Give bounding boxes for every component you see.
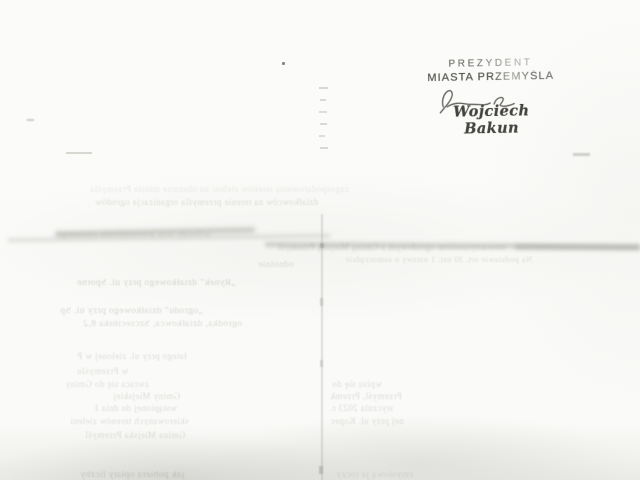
bleedthrough-text-line: stycznia 2023 r.: [330, 404, 430, 413]
bleedthrough-text-line: łatego przy ul. zielonej w P: [77, 352, 287, 361]
bleedthrough-text-line: zmysłową ja toczy: [336, 471, 461, 480]
bleedthrough-text-line: Gminy Miejskiej: [113, 392, 241, 401]
bleedthrough-text-line: działkowców na terenie przemyśla organiz…: [95, 198, 460, 207]
bleedthrough-text-line: uchwały oraz porozumienia zawartego: [57, 230, 255, 239]
bleedthrough-text-line: wstąpionej do dnia 1: [94, 404, 254, 413]
bleedthrough-text-line: nej przy ul. Kopec: [330, 417, 442, 426]
bleedthrough-text-line: stowarzyszeniem ogrodowym a Gminą Miejsk…: [278, 243, 628, 252]
bleedthrough-text-line: skierowanych terenów zieleni: [70, 417, 260, 426]
bleedthrough-text-line: ogródka, działkowca, Szczecińska 8,2: [83, 320, 298, 330]
bleedthrough-text-line: zagospodarowania terenów zieleni na obsz…: [90, 185, 470, 194]
bleedthrough-text-line: „ogrodu” działkowego przy ul. Sp: [60, 307, 315, 317]
bleedthrough-text-line: odnośnie: [258, 260, 310, 269]
bleedthrough-text-line: jak pobiera opłaty liczby: [80, 471, 330, 480]
stamp-signatory-name: Wojciech Bakun: [424, 102, 559, 138]
bleedthrough-text-line: w Przemyślu: [77, 367, 142, 376]
stamp-title-line2: MIASTA PRZEMYŚLA: [424, 70, 558, 84]
scanned-document-page: zagospodarowania terenów zieleni na obsz…: [0, 0, 640, 480]
bleedthrough-text-line: Gmina Miejska Przemyśl: [85, 431, 330, 440]
stamp-title-line1: PREZYDENT: [423, 57, 557, 70]
bleedthrough-text-line: Przemyśl, Przemk: [330, 392, 440, 401]
bleedthrough-text-line: Na podstawie art. 30 ust. 1 ustawy o sam…: [345, 255, 560, 264]
bleedthrough-text-line: wpisu się do: [332, 380, 424, 389]
bleedthrough-text-line: zwraca się do Gminy: [65, 380, 255, 389]
official-stamp: PREZYDENT MIASTA PRZEMYŚLA Wojciech Baku…: [423, 57, 558, 129]
bleedthrough-text-line: „Rynek” działkowego przy ul. Sporne: [77, 279, 327, 289]
